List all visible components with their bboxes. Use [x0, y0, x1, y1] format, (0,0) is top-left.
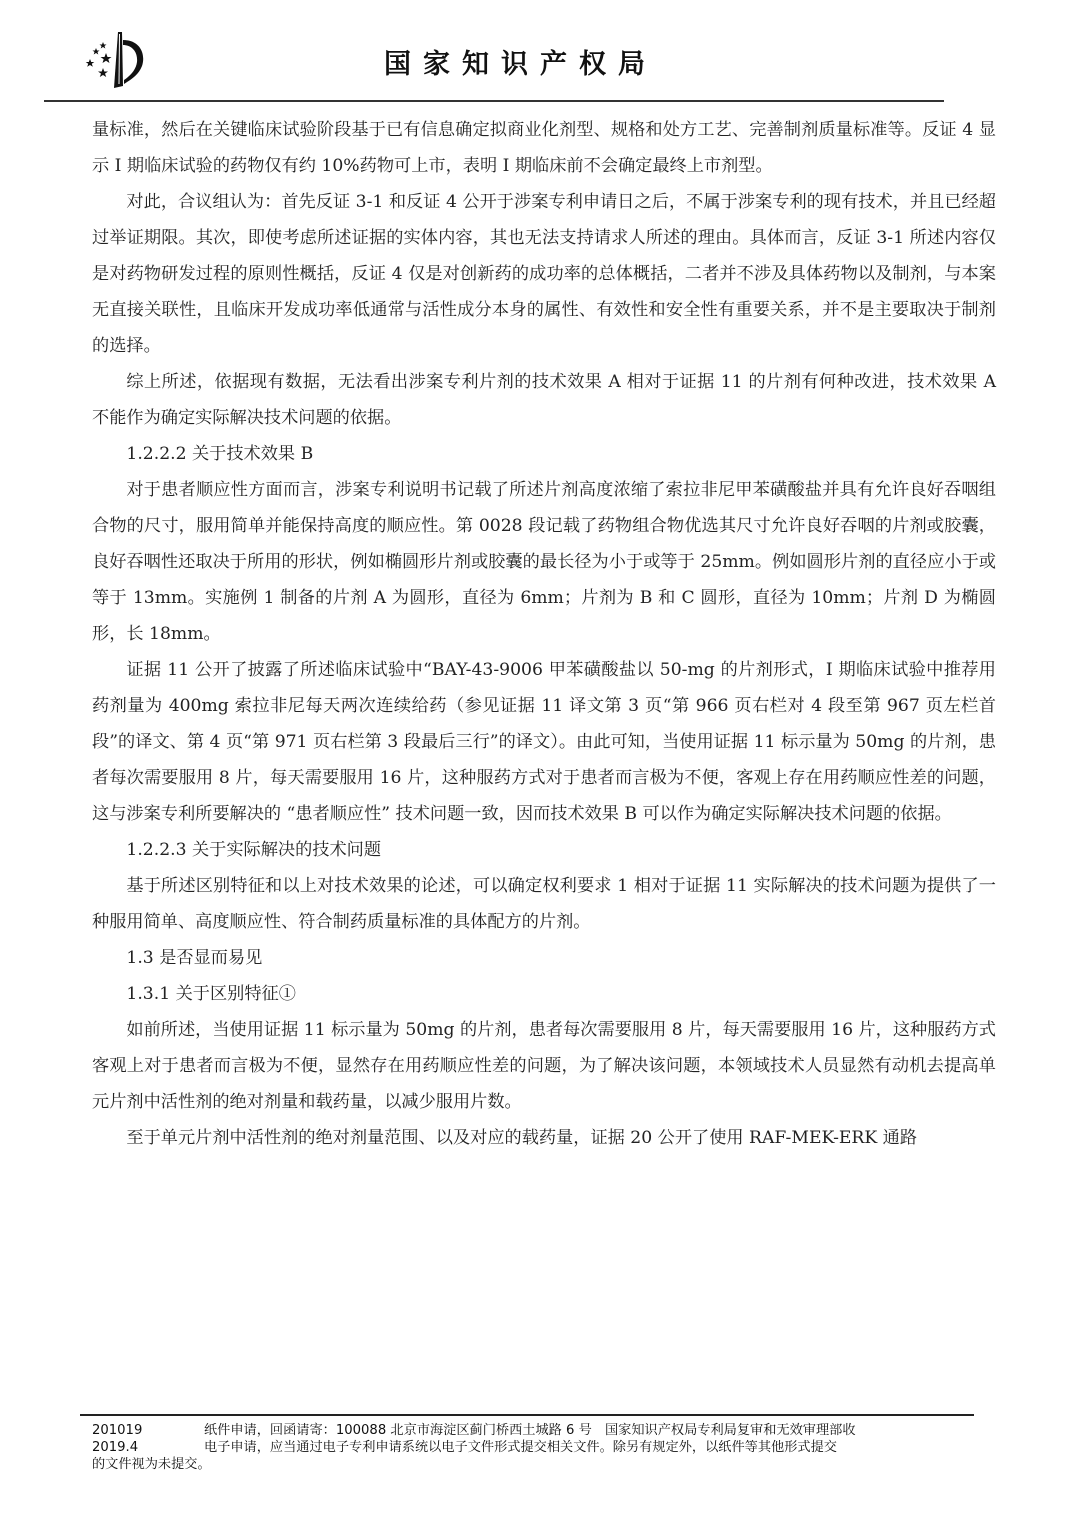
paragraph: 综上所述，依据现有数据，无法看出涉案专利片剂的技术效果 A 相对于证据 11 的… — [92, 364, 996, 436]
page-header: 国家知识产权局 — [0, 0, 1080, 104]
section-heading: 1.2.2.2 关于技术效果 B — [92, 436, 996, 472]
footer-text: 纸件申请，回函请寄：100088 北京市海淀区蓟门桥西土城路 6 号 国家知识产… — [204, 1422, 856, 1439]
paragraph-continuation: 量标准，然后在关键临床试验阶段基于已有信息确定拟商业化剂型、规格和处方工艺、完善… — [92, 112, 996, 184]
section-heading: 1.2.2.3 关于实际解决的技术问题 — [92, 832, 996, 868]
paragraph: 基于所述区别特征和以上对技术效果的论述，可以确定权利要求 1 相对于证据 11 … — [92, 868, 996, 940]
paragraph: 至于单元片剂中活性剂的绝对剂量范围、以及对应的载药量，证据 20 公开了使用 R… — [92, 1120, 996, 1156]
paragraph: 证据 11 公开了披露了所述临床试验中“BAY-43-9006 甲苯磺酸盐以 5… — [92, 652, 996, 832]
section-heading: 1.3.1 关于区别特征① — [92, 976, 996, 1012]
header-title: 国家知识产权局 — [384, 48, 657, 82]
form-version: 2019.4 — [92, 1439, 204, 1456]
section-heading: 1.3 是否显而易见 — [92, 940, 996, 976]
footer-line: 2019.4 电子申请，应当通过电子专利申请系统以电子文件形式提交相关文件。除另… — [92, 1439, 1012, 1456]
form-code: 201019 — [92, 1422, 204, 1439]
footer-tail: 的文件视为未提交。 — [92, 1456, 1012, 1473]
cnipa-logo-icon — [80, 28, 156, 90]
header-divider — [44, 100, 944, 102]
page-footer: 201019 纸件申请，回函请寄：100088 北京市海淀区蓟门桥西土城路 6 … — [92, 1422, 1012, 1473]
document-body: 量标准，然后在关键临床试验阶段基于已有信息确定拟商业化剂型、规格和处方工艺、完善… — [92, 112, 996, 1156]
footer-divider — [80, 1414, 974, 1416]
paragraph: 对此，合议组认为：首先反证 3-1 和反证 4 公开于涉案专利申请日之后，不属于… — [92, 184, 996, 364]
footer-line: 201019 纸件申请，回函请寄：100088 北京市海淀区蓟门桥西土城路 6 … — [92, 1422, 1012, 1439]
paragraph: 如前所述，当使用证据 11 标示量为 50mg 的片剂，患者每次需要服用 8 片… — [92, 1012, 996, 1120]
footer-text: 电子申请，应当通过电子专利申请系统以电子文件形式提交相关文件。除另有规定外，以纸… — [204, 1439, 837, 1456]
paragraph: 对于患者顺应性方面而言，涉案专利说明书记载了所述片剂高度浓缩了索拉非尼甲苯磺酸盐… — [92, 472, 996, 652]
